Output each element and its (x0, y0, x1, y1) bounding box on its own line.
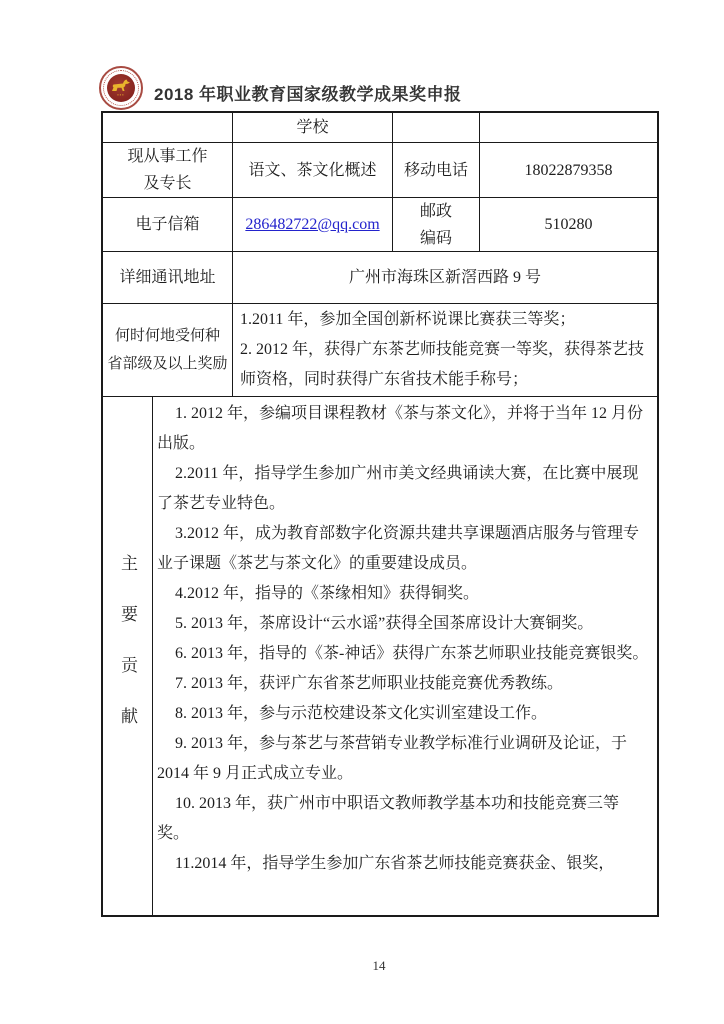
contribution-item: 8. 2013 年，参与示范校建设茶文化实训室建设工作。 (157, 699, 547, 729)
award-item: 1.2011 年，参加全国创新杯说课比赛获三等奖； (240, 305, 575, 335)
contribution-label-cell: 主要贡献 (103, 397, 153, 915)
page-number: 14 (0, 958, 724, 974)
contribution-item: 9. 2013 年，参与茶艺与茶营销专业教学标准行业调研及论证，于 2014 年… (157, 729, 649, 789)
label-line: 及专长 (143, 170, 191, 197)
awards-content: 1.2011 年，参加全国创新杯说课比赛获三等奖； 2. 2012 年，获得广东… (233, 304, 657, 397)
contribution-item: 4.2012 年，指导的《茶缘相知》获得铜奖。 (157, 579, 479, 609)
current-work-label: 现从事工作 及专长 (103, 143, 233, 198)
label-line: 何时何地受何种 (115, 322, 220, 350)
postal-code-label: 邮政 编码 (393, 198, 480, 252)
contribution-label: 主要贡献 (114, 554, 141, 758)
current-work-row: 现从事工作 及专长 语文、茶文化概述 移动电话 18022879358 (103, 143, 657, 198)
school-cell: 学校 (233, 113, 393, 143)
school-seal-icon: ▪▪▪ (99, 66, 143, 110)
seal-inner-circle: ▪▪▪ (107, 74, 135, 102)
contribution-item: 11.2014 年，指导学生参加广东省茶艺师技能竞赛获金、银奖， (157, 849, 614, 879)
awards-row: 何时何地受何种 省部级及以上奖励 1.2011 年，参加全国创新杯说课比赛获三等… (103, 304, 657, 397)
contribution-row: 主要贡献 1. 2012 年，参编项目课程教材《茶与茶文化》，并将于当年 12 … (103, 397, 657, 915)
email-link[interactable]: 286482722@qq.com (245, 211, 379, 238)
mobile-phone-label: 移动电话 (393, 143, 480, 198)
label-line: 省部级及以上奖励 (107, 350, 227, 378)
gold-horse-icon (109, 79, 133, 92)
document-page: ▪▪▪ 2018 年职业教育国家级教学成果奖申报 学校 现从事工作 及专长 语文… (0, 0, 724, 1024)
contribution-item: 6. 2013 年，指导的《茶-神话》获得广东茶艺师职业技能竞赛银奖。 (157, 639, 648, 669)
address-value: 广州市海珠区新滘西路 9 号 (233, 252, 657, 304)
label-line: 现从事工作 (127, 143, 207, 170)
contribution-item: 5. 2013 年，茶席设计“云水谣”获得全国茶席设计大赛铜奖。 (157, 609, 593, 639)
document-title: 2018 年职业教育国家级教学成果奖申报 (154, 80, 462, 105)
current-work-value: 语文、茶文化概述 (233, 143, 393, 198)
seal-gold-marks: ▪▪▪ (117, 93, 124, 97)
contribution-item: 3.2012 年，成为教育部数字化资源共建共享课题酒店服务与管理专业子课题《茶艺… (157, 519, 649, 579)
empty-cell (103, 113, 233, 143)
email-label: 电子信箱 (103, 198, 233, 252)
email-value-cell: 286482722@qq.com (233, 198, 393, 252)
email-row: 电子信箱 286482722@qq.com 邮政 编码 510280 (103, 198, 657, 252)
application-table: 学校 现从事工作 及专长 语文、茶文化概述 移动电话 18022879358 电… (101, 111, 659, 917)
school-row: 学校 (103, 113, 657, 143)
label-line: 邮政 (420, 198, 452, 225)
empty-cell (393, 113, 480, 143)
address-label: 详细通讯地址 (103, 252, 233, 304)
address-row: 详细通讯地址 广州市海珠区新滘西路 9 号 (103, 252, 657, 304)
award-item: 2. 2012 年，获得广东茶艺师技能竞赛一等奖，获得茶艺技师资格，同时获得广东… (240, 335, 649, 395)
contribution-item: 1. 2012 年，参编项目课程教材《茶与茶文化》，并将于当年 12 月份出版。 (157, 399, 649, 459)
contribution-item: 10. 2013 年，获广州市中职语文教师教学基本功和技能竞赛三等奖。 (157, 789, 649, 849)
postal-code-value: 510280 (480, 198, 657, 252)
mobile-phone-value: 18022879358 (480, 143, 657, 198)
contribution-item: 7. 2013 年，获评广东省茶艺师职业技能竞赛优秀教练。 (157, 669, 563, 699)
empty-cell (480, 113, 657, 143)
label-line: 编码 (420, 225, 452, 252)
contribution-content: 1. 2012 年，参编项目课程教材《茶与茶文化》，并将于当年 12 月份出版。… (153, 397, 657, 915)
awards-label: 何时何地受何种 省部级及以上奖励 (103, 304, 233, 397)
contribution-item: 2.2011 年，指导学生参加广州市美文经典诵读大赛，在比赛中展现了茶艺专业特色… (157, 459, 649, 519)
